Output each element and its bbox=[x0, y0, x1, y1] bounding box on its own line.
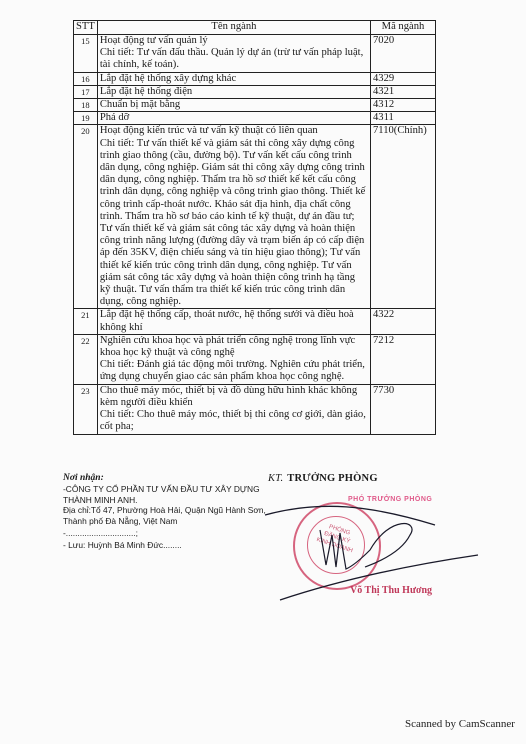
row-title: Lắp đặt hệ thống xây dựng khác bbox=[100, 73, 368, 85]
row-name: Chuẩn bị mặt bằng bbox=[97, 99, 370, 112]
row-name: Hoạt động kiến trúc và tư vấn kỹ thuật c… bbox=[97, 125, 370, 309]
table-row: 16Lắp đặt hệ thống xây dựng khác4329 bbox=[74, 72, 436, 85]
row-code: 7730 bbox=[371, 384, 436, 434]
signature-role: TRƯỞNG PHÒNG bbox=[287, 473, 377, 484]
recipient-line: -..............................; bbox=[63, 528, 283, 538]
row-code: 7020 bbox=[371, 35, 436, 73]
header-code: Mã ngành bbox=[371, 21, 436, 35]
table-header-row: STT Tên ngành Mã ngành bbox=[74, 21, 436, 35]
header-name: Tên ngành bbox=[97, 21, 370, 35]
row-stt: 17 bbox=[74, 85, 98, 98]
signature-title: KT.TRƯỞNG PHÒNG bbox=[268, 473, 378, 484]
row-code: 4322 bbox=[371, 309, 436, 334]
recipient-line: - Lưu: Huỳnh Bá Minh Đức........ bbox=[63, 540, 283, 550]
table-row: 18Chuẩn bị mặt bằng4312 bbox=[74, 99, 436, 112]
business-lines-table: STT Tên ngành Mã ngành 15Hoạt động tư vấ… bbox=[73, 20, 436, 435]
row-title: Phá dỡ bbox=[100, 112, 368, 124]
row-title: Lắp đặt hệ thống cấp, thoát nước, hệ thố… bbox=[100, 309, 368, 333]
header-stt: STT bbox=[74, 21, 98, 35]
document-page: STT Tên ngành Mã ngành 15Hoạt động tư vấ… bbox=[0, 0, 526, 744]
row-code: 4312 bbox=[371, 99, 436, 112]
row-name: Lắp đặt hệ thống cấp, thoát nước, hệ thố… bbox=[97, 309, 370, 334]
row-stt: 22 bbox=[74, 334, 98, 384]
row-title: Cho thuê máy móc, thiết bị và đồ dùng hữ… bbox=[100, 385, 368, 409]
row-stt: 16 bbox=[74, 72, 98, 85]
signer-name: Võ Thị Thu Hương bbox=[350, 585, 432, 596]
row-stt: 23 bbox=[74, 384, 98, 434]
recipient-line: -CÔNG TY CỔ PHẦN TƯ VẤN ĐẦU TƯ XÂY DỰNG … bbox=[63, 484, 283, 505]
row-title: Hoạt động tư vấn quản lý bbox=[100, 35, 368, 47]
row-name: Nghiên cứu khoa học và phát triển công n… bbox=[97, 334, 370, 384]
row-name: Lắp đặt hệ thống xây dựng khác bbox=[97, 72, 370, 85]
row-title: Nghiên cứu khoa học và phát triển công n… bbox=[100, 335, 368, 359]
table-row: 22Nghiên cứu khoa học và phát triển công… bbox=[74, 334, 436, 384]
table-row: 15Hoạt động tư vấn quản lýChi tiết: Tư v… bbox=[74, 35, 436, 73]
table-row: 20Hoạt động kiến trúc và tư vấn kỹ thuật… bbox=[74, 125, 436, 309]
row-detail: Chi tiết: Đánh giá tác động môi trường. … bbox=[100, 359, 368, 383]
row-detail: Chi tiết: Tư vấn đấu thầu. Quản lý dự án… bbox=[100, 47, 368, 71]
row-code: 4321 bbox=[371, 85, 436, 98]
row-detail: Chi tiết: Cho thuê máy móc, thiết bị thi… bbox=[100, 409, 368, 433]
table-row: 21Lắp đặt hệ thống cấp, thoát nước, hệ t… bbox=[74, 309, 436, 334]
table-row: 17Lắp đặt hệ thống điện4321 bbox=[74, 85, 436, 98]
row-code: 7212 bbox=[371, 334, 436, 384]
row-title: Hoạt động kiến trúc và tư vấn kỹ thuật c… bbox=[100, 125, 368, 137]
row-code: 4311 bbox=[371, 112, 436, 125]
row-name: Phá dỡ bbox=[97, 112, 370, 125]
row-stt: 19 bbox=[74, 112, 98, 125]
row-title: Chuẩn bị mặt bằng bbox=[100, 99, 368, 111]
row-title: Lắp đặt hệ thống điện bbox=[100, 86, 368, 98]
recipients-block: Nơi nhận: -CÔNG TY CỔ PHẦN TƯ VẤN ĐẦU TƯ… bbox=[63, 473, 283, 551]
row-stt: 21 bbox=[74, 309, 98, 334]
row-name: Hoạt động tư vấn quản lýChi tiết: Tư vấn… bbox=[97, 35, 370, 73]
signature-prefix: KT. bbox=[268, 473, 283, 484]
row-code: 7110(Chính) bbox=[371, 125, 436, 309]
row-code: 4329 bbox=[371, 72, 436, 85]
row-stt: 18 bbox=[74, 99, 98, 112]
scanner-watermark: Scanned by CamScanner bbox=[405, 718, 515, 730]
row-name: Lắp đặt hệ thống điện bbox=[97, 85, 370, 98]
row-name: Cho thuê máy móc, thiết bị và đồ dùng hữ… bbox=[97, 384, 370, 434]
table-row: 23Cho thuê máy móc, thiết bị và đồ dùng … bbox=[74, 384, 436, 434]
row-detail: Chi tiết: Tư vấn thiết kế và giám sát th… bbox=[100, 138, 368, 309]
row-stt: 15 bbox=[74, 35, 98, 73]
table-row: 19Phá dỡ4311 bbox=[74, 112, 436, 125]
row-stt: 20 bbox=[74, 125, 98, 309]
recipient-line: Địa chỉ:Tổ 47, Phường Hoà Hải, Quận Ngũ … bbox=[63, 505, 283, 526]
recipients-title: Nơi nhận: bbox=[63, 473, 283, 483]
